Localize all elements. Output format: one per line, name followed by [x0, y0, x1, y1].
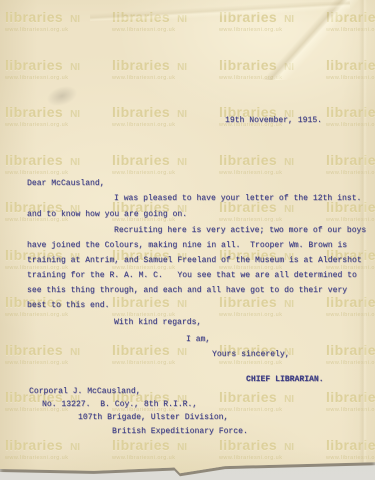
letter-scan: librariesNIwww.librariesni.org.uklibrari… [0, 0, 375, 480]
letter-closing-sincerely: Yours sincerely, [212, 350, 290, 359]
letter-body-line: training for the R. A. M. C. You see tha… [27, 271, 357, 280]
letter-body-line: I was pleased to have your letter of the… [114, 194, 361, 203]
paper: librariesNIwww.librariesni.org.uklibrari… [0, 0, 375, 480]
letter-date: 19th November, 1915. [225, 116, 322, 125]
recipient-brigade: 107th Brigade, Ulster Division, [78, 413, 228, 422]
letter-body-line: see this thing through, and each and all… [27, 286, 347, 295]
recipient-unit: No. 13227. B. Coy., 8th R.I.R., [42, 400, 197, 409]
letter-closing-iam: I am, [186, 335, 210, 344]
letter-closing-regards: With kind regards, [114, 318, 201, 327]
recipient-name: Corporal J. McCausland, [29, 387, 141, 396]
letter-body-line: best to this end. [27, 301, 109, 310]
letter-body-line: and to know how you are going on. [27, 210, 187, 219]
recipient-force: British Expeditionary Force. [112, 427, 248, 436]
letter-body-line: Recruiting here is very active; two more… [114, 226, 366, 235]
letter-body-line: training at Antrim, and Samuel Freeland … [27, 256, 362, 265]
letter-signature-title: CHIEF LIBRARIAN. [246, 375, 324, 384]
letter-text-layer: 19th November, 1915. Dear McCausland, I … [0, 0, 375, 480]
letter-salutation: Dear McCausland, [27, 179, 105, 188]
letter-body-line: have joined the Colours, making nine in … [27, 241, 347, 250]
